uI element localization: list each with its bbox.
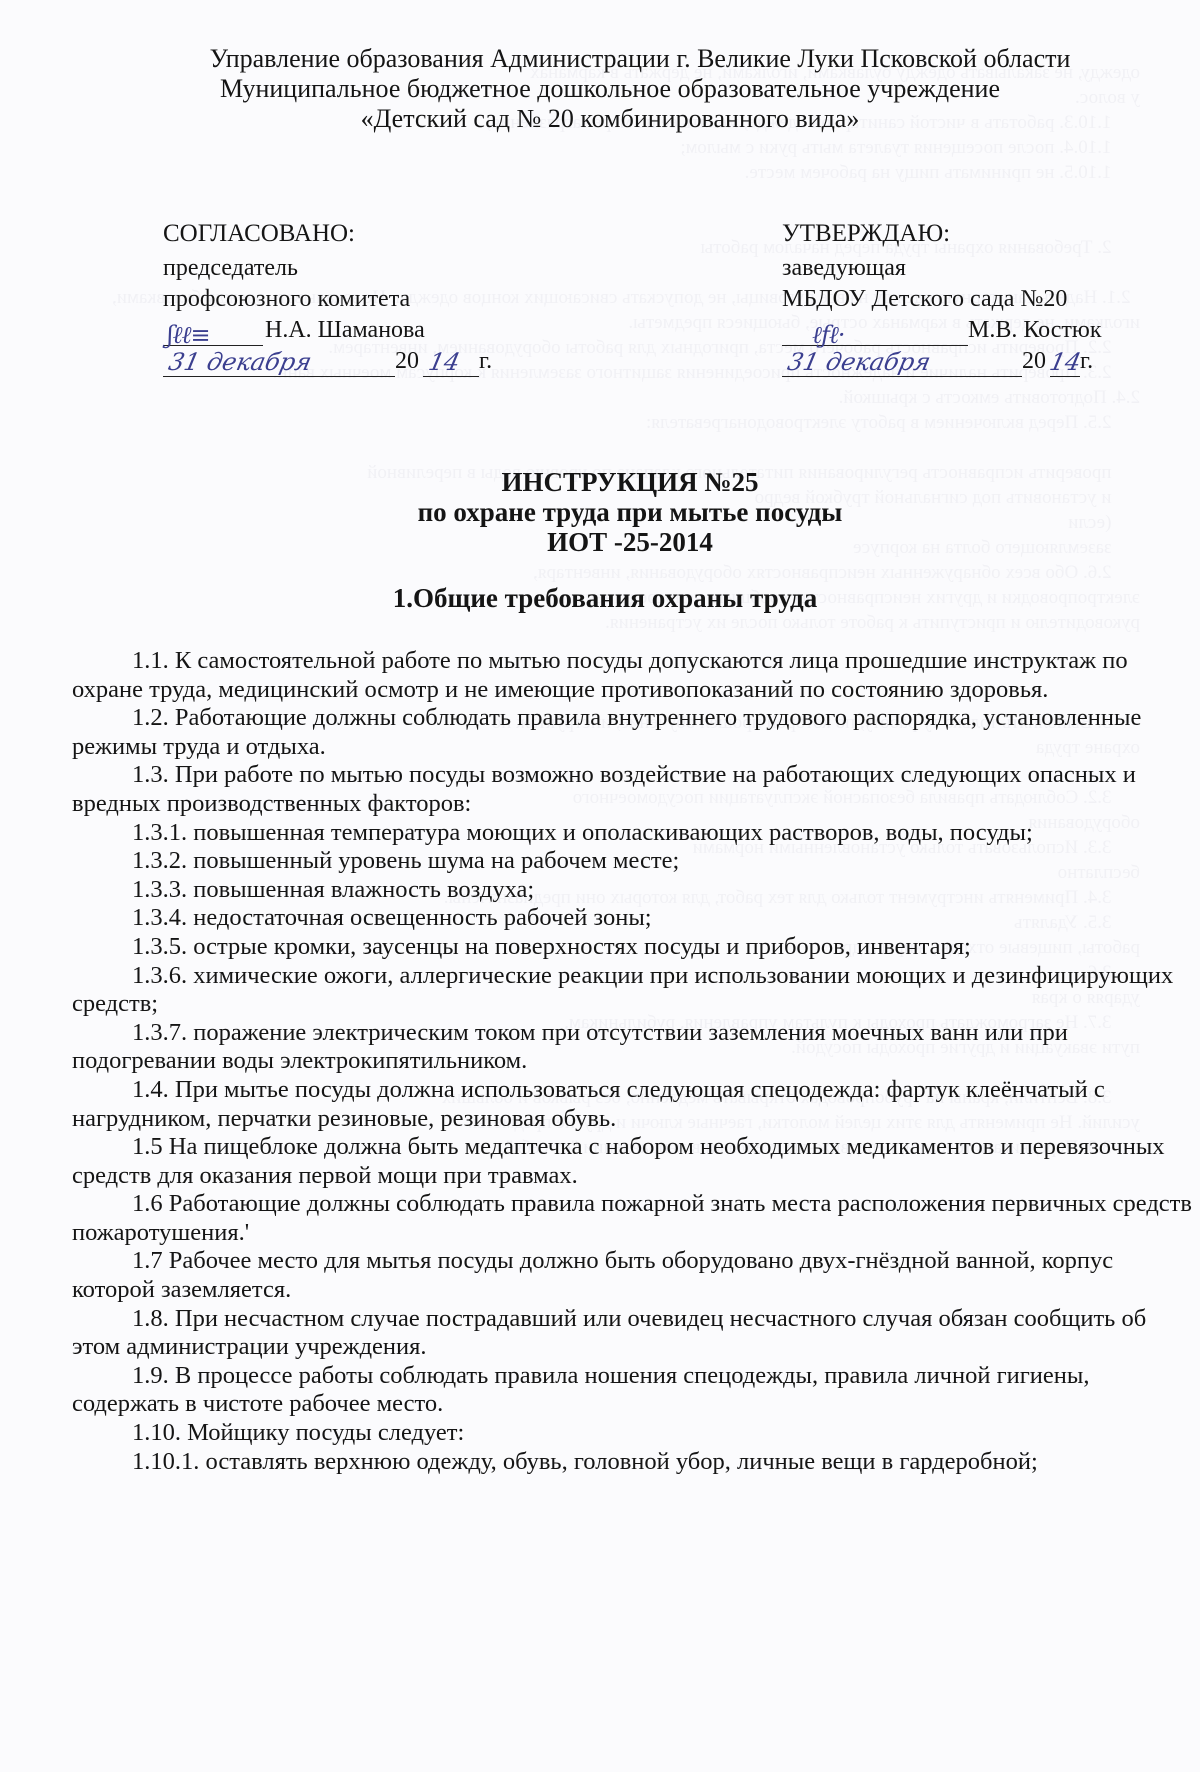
paragraph-1-3: 1.3. При работе по мытью посуды возможно… [72, 761, 1192, 818]
section-heading: 1.Общие требования охраны труда [0, 583, 1200, 614]
org-line-2: Муниципальное бюджетное дошкольное образ… [20, 74, 1200, 104]
signature-blank: ʃℓℓ≡ [163, 321, 263, 346]
year-prefix: 20 [395, 346, 419, 377]
handwritten-date: 31 декабря [166, 347, 315, 378]
paragraph-1-3-2: 1.3.2. повышенный уровень шума на рабоче… [72, 847, 1192, 876]
approval-title: УТВЕРЖДАЮ: [782, 218, 1162, 249]
paragraph-1-3-6: 1.3.6. химические ожоги, аллергические р… [72, 962, 1192, 1019]
paragraph-1-5: 1.5 На пищеблоке должна быть медаптечка … [72, 1133, 1192, 1190]
paragraph-1-6: 1.6 Работающие должны соблюдать правила … [72, 1190, 1192, 1247]
year-blank: 14 [423, 352, 479, 377]
approval-block-agreed: СОГЛАСОВАНО: председатель профсоюзного к… [163, 218, 523, 377]
document-title-block: ИНСТРУКЦИЯ №25 по охране труда при мытье… [0, 467, 1200, 557]
paragraph-1-3-7: 1.3.7. поражение электрическим током при… [72, 1019, 1192, 1076]
paragraph-1-3-3: 1.3.3. повышенная влажность воздуха; [72, 876, 1192, 905]
paragraph-1-3-5: 1.3.5. острые кромки, заусенцы на поверх… [72, 933, 1192, 962]
approver-name: Н.А. Шаманова [265, 315, 425, 346]
section-1-heading: 1.Общие требования охраны труда [393, 583, 817, 613]
paragraph-1-3-1: 1.3.1. повышенная температура моющих и о… [72, 819, 1192, 848]
document-page: Управление образования Администрации г. … [0, 0, 1200, 1772]
year-prefix: 20 [1022, 346, 1046, 377]
org-line-3: «Детский сад № 20 комбинированного вида» [20, 104, 1200, 134]
paragraph-1-4: 1.4. При мытье посуды должна использоват… [72, 1076, 1192, 1133]
approval-title: СОГЛАСОВАНО: [163, 218, 523, 249]
date-blank: 31 декабря [782, 352, 1022, 377]
approver-role: председатель [163, 253, 523, 284]
document-code: ИОТ -25-2014 [60, 527, 1200, 557]
paragraph-1-2: 1.2. Работающие должны соблюдать правила… [72, 704, 1192, 761]
date-line: 31 декабря 20 14 г. [163, 346, 523, 377]
approver-committee: профсоюзного комитета [163, 284, 523, 315]
paragraph-1-8: 1.8. При несчастном случае пострадавший … [72, 1305, 1192, 1362]
paragraph-1-9: 1.9. В процессе работы соблюдать правила… [72, 1362, 1192, 1419]
org-line-1: Управление образования Администрации г. … [80, 44, 1200, 74]
date-line: 31 декабря 20 14 г. [782, 346, 1162, 377]
organization-header: Управление образования Администрации г. … [0, 44, 1200, 134]
date-blank: 31 декабря [163, 352, 395, 377]
approval-block-approved: УТВЕРЖДАЮ: заведующая МБДОУ Детского сад… [782, 218, 1162, 377]
signature-line: ʃℓℓ≡ Н.А. Шаманова [163, 315, 523, 346]
handwritten-date: 31 декабря [785, 347, 934, 378]
year-suffix: г. [479, 346, 492, 377]
document-body: 1.1. К самостоятельной работе по мытью п… [72, 647, 1192, 1476]
document-title: ИНСТРУКЦИЯ №25 [60, 467, 1200, 497]
paragraph-1-3-4: 1.3.4. недостаточная освещенность рабоче… [72, 904, 1192, 933]
signature-blank: ℓƒℓ· [782, 321, 968, 346]
paragraph-1-1: 1.1. К самостоятельной работе по мытью п… [72, 647, 1192, 704]
approver-role: заведующая [782, 253, 1162, 284]
paragraph-1-7: 1.7 Рабочее место для мытья посуды должн… [72, 1247, 1192, 1304]
handwritten-year: 14 [426, 347, 463, 378]
handwritten-year: 14 [1047, 347, 1084, 378]
year-blank: 14 [1050, 352, 1080, 377]
signature-line: ℓƒℓ· М.В. Костюк [782, 315, 1162, 346]
paragraph-1-10: 1.10. Мойщику посуды следует: [72, 1419, 1192, 1448]
document-subtitle: по охране труда при мытье посуды [60, 497, 1200, 527]
approver-name: М.В. Костюк [968, 315, 1102, 346]
approver-institution: МБДОУ Детского сада №20 [782, 284, 1162, 315]
paragraph-1-10-1: 1.10.1. оставлять верхнюю одежду, обувь,… [72, 1448, 1192, 1477]
